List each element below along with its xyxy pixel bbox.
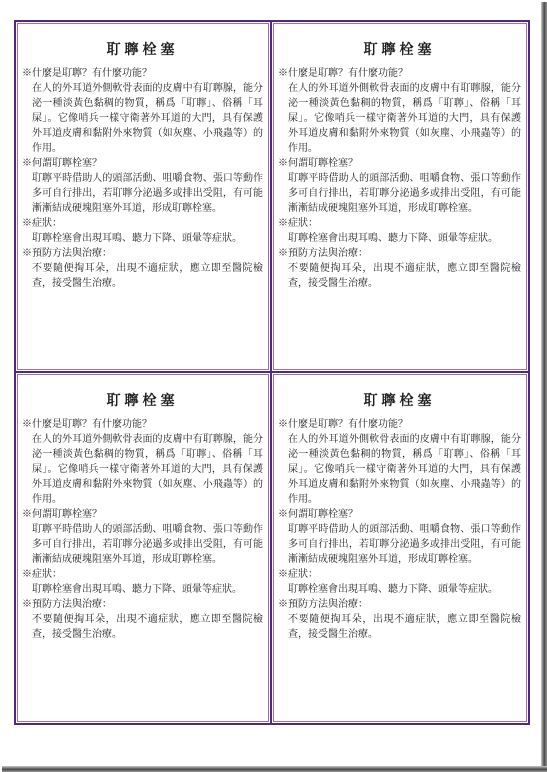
section-heading: ※什麼是耵聹？有什麼功能？ — [278, 66, 521, 81]
leaflet-card: 耵聹栓塞 ※什麼是耵聹？有什麼功能？ 在人的外耳道外側軟骨表面的皮膚中有耵聹腺，… — [270, 371, 530, 726]
section-body: 不要隨便掏耳朵，出現不適症狀，應立即至醫院檢查，接受醫生治療。 — [278, 261, 521, 291]
section-body: 耵聹栓塞會出現耳鳴、聽力下降、頭暈等症狀。 — [278, 231, 521, 246]
section-prevention-treatment: ※預防方法與治療： 不要隨便掏耳朵，出現不適症狀，應立即至醫院檢查，接受醫生治療… — [278, 597, 521, 642]
card-title: 耵聹栓塞 — [278, 39, 521, 59]
section-heading: ※症狀： — [278, 216, 521, 231]
card-title: 耵聹栓塞 — [278, 390, 521, 410]
section-heading: ※何謂耵聹栓塞？ — [22, 507, 263, 522]
section-body: 耵聹平時借助人的頭部活動、咀嚼食物、張口等動作多可自行排出，若耵聹分泌過多或排出… — [278, 522, 521, 567]
section-body: 耵聹栓塞會出現耳鳴、聽力下降、頭暈等症狀。 — [22, 582, 263, 597]
section-heading: ※預防方法與治療： — [22, 597, 263, 612]
page-shadow-bottom — [2, 766, 547, 772]
page-shadow-right — [541, 2, 547, 772]
section-heading: ※症狀： — [22, 567, 263, 582]
section-symptoms: ※症狀： 耵聹栓塞會出現耳鳴、聽力下降、頭暈等症狀。 — [22, 216, 263, 246]
section-what-is-impaction: ※何謂耵聹栓塞？ 耵聹平時借助人的頭部活動、咀嚼食物、張口等動作多可自行排出，若… — [22, 156, 263, 216]
card-grid: 耵聹栓塞 ※什麼是耵聹？有什麼功能？ 在人的外耳道外側軟骨表面的皮膚中有耵聹腺，… — [14, 20, 530, 725]
section-body: 在人的外耳道外側軟骨表面的皮膚中有耵聹腺，能分泌一種淡黃色黏稠的物質，稱爲「耵聹… — [22, 432, 263, 507]
section-what-is-impaction: ※何謂耵聹栓塞？ 耵聹平時借助人的頭部活動、咀嚼食物、張口等動作多可自行排出，若… — [278, 156, 521, 216]
card-title: 耵聹栓塞 — [22, 390, 263, 410]
section-prevention-treatment: ※預防方法與治療： 不要隨便掏耳朵，出現不適症狀，應立即至醫院檢查，接受醫生治療… — [22, 246, 263, 291]
section-what-is-impaction: ※何謂耵聹栓塞？ 耵聹平時借助人的頭部活動、咀嚼食物、張口等動作多可自行排出，若… — [22, 507, 263, 567]
section-heading: ※症狀： — [278, 567, 521, 582]
leaflet-card: 耵聹栓塞 ※什麼是耵聹？有什麼功能？ 在人的外耳道外側軟骨表面的皮膚中有耵聹腺，… — [14, 371, 272, 726]
section-symptoms: ※症狀： 耵聹栓塞會出現耳鳴、聽力下降、頭暈等症狀。 — [278, 216, 521, 246]
section-heading: ※什麼是耵聹？有什麼功能？ — [278, 417, 521, 432]
leaflet-card: 耵聹栓塞 ※什麼是耵聹？有什麼功能？ 在人的外耳道外側軟骨表面的皮膚中有耵聹腺，… — [14, 20, 272, 373]
section-prevention-treatment: ※預防方法與治療： 不要隨便掏耳朵，出現不適症狀，應立即至醫院檢查，接受醫生治療… — [278, 246, 521, 291]
section-heading: ※什麼是耵聹？有什麼功能？ — [22, 66, 263, 81]
leaflet-sheet: 耵聹栓塞 ※什麼是耵聹？有什麼功能？ 在人的外耳道外側軟骨表面的皮膚中有耵聹腺，… — [0, 0, 547, 772]
section-heading: ※何謂耵聹栓塞？ — [278, 156, 521, 171]
section-body: 耵聹栓塞會出現耳鳴、聽力下降、頭暈等症狀。 — [278, 582, 521, 597]
section-heading: ※症狀： — [22, 216, 263, 231]
section-heading: ※何謂耵聹栓塞？ — [22, 156, 263, 171]
leaflet-card: 耵聹栓塞 ※什麼是耵聹？有什麼功能？ 在人的外耳道外側軟骨表面的皮膚中有耵聹腺，… — [270, 20, 530, 373]
section-body: 不要隨便掏耳朵，出現不適症狀，應立即至醫院檢查，接受醫生治療。 — [22, 261, 263, 291]
section-body: 耵聹栓塞會出現耳鳴、聽力下降、頭暈等症狀。 — [22, 231, 263, 246]
section-what-is-cerumen: ※什麼是耵聹？有什麼功能？ 在人的外耳道外側軟骨表面的皮膚中有耵聹腺，能分泌一種… — [22, 417, 263, 507]
section-body: 耵聹平時借助人的頭部活動、咀嚼食物、張口等動作多可自行排出，若耵聹分泌過多或排出… — [278, 171, 521, 216]
section-heading: ※何謂耵聹栓塞？ — [278, 507, 521, 522]
section-body: 不要隨便掏耳朵，出現不適症狀，應立即至醫院檢查，接受醫生治療。 — [278, 612, 521, 642]
section-heading: ※什麼是耵聹？有什麼功能？ — [22, 417, 263, 432]
section-body: 在人的外耳道外側軟骨表面的皮膚中有耵聹腺，能分泌一種淡黃色黏稠的物質，稱爲「耵聹… — [278, 432, 521, 507]
card-title: 耵聹栓塞 — [22, 39, 263, 59]
section-symptoms: ※症狀： 耵聹栓塞會出現耳鳴、聽力下降、頭暈等症狀。 — [278, 567, 521, 597]
section-symptoms: ※症狀： 耵聹栓塞會出現耳鳴、聽力下降、頭暈等症狀。 — [22, 567, 263, 597]
section-what-is-cerumen: ※什麼是耵聹？有什麼功能？ 在人的外耳道外側軟骨表面的皮膚中有耵聹腺，能分泌一種… — [22, 66, 263, 156]
section-heading: ※預防方法與治療： — [278, 246, 521, 261]
section-heading: ※預防方法與治療： — [22, 246, 263, 261]
section-body: 耵聹平時借助人的頭部活動、咀嚼食物、張口等動作多可自行排出，若耵聹分泌過多或排出… — [22, 171, 263, 216]
section-what-is-cerumen: ※什麼是耵聹？有什麼功能？ 在人的外耳道外側軟骨表面的皮膚中有耵聹腺，能分泌一種… — [278, 66, 521, 156]
section-body: 在人的外耳道外側軟骨表面的皮膚中有耵聹腺，能分泌一種淡黃色黏稠的物質，稱爲「耵聹… — [278, 81, 521, 156]
section-what-is-impaction: ※何謂耵聹栓塞？ 耵聹平時借助人的頭部活動、咀嚼食物、張口等動作多可自行排出，若… — [278, 507, 521, 567]
section-body: 在人的外耳道外側軟骨表面的皮膚中有耵聹腺，能分泌一種淡黃色黏稠的物質，稱爲「耵聹… — [22, 81, 263, 156]
section-body: 耵聹平時借助人的頭部活動、咀嚼食物、張口等動作多可自行排出，若耵聹分泌過多或排出… — [22, 522, 263, 567]
section-prevention-treatment: ※預防方法與治療： 不要隨便掏耳朵，出現不適症狀，應立即至醫院檢查，接受醫生治療… — [22, 597, 263, 642]
section-body: 不要隨便掏耳朵，出現不適症狀，應立即至醫院檢查，接受醫生治療。 — [22, 612, 263, 642]
section-heading: ※預防方法與治療： — [278, 597, 521, 612]
section-what-is-cerumen: ※什麼是耵聹？有什麼功能？ 在人的外耳道外側軟骨表面的皮膚中有耵聹腺，能分泌一種… — [278, 417, 521, 507]
